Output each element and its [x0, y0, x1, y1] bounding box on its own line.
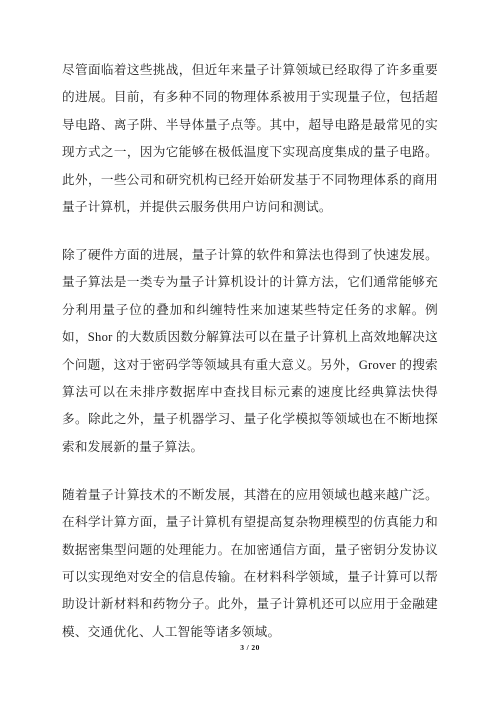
page-number: 3 / 20 — [0, 643, 500, 652]
paragraph-software-algorithms: 除了硬件方面的进展，量子计算的软件和算法也得到了快速发展。量子算法是一类专为量子… — [62, 242, 438, 461]
paragraph-applications: 随着量子计算技术的不断发展，其潜在的应用领域也越来越广泛。在科学计算方面，量子计… — [62, 482, 438, 646]
document-body: 尽管面临着这些挑战，但近年来量子计算领域已经取得了许多重要的进展。目前，有多种不… — [62, 57, 438, 646]
document-viewport: { "page": { "number_label": "3 / 20" }, … — [0, 0, 500, 708]
paragraph-hardware-progress: 尽管面临着这些挑战，但近年来量子计算领域已经取得了许多重要的进展。目前，有多种不… — [62, 57, 438, 221]
document-page: 尽管面临着这些挑战，但近年来量子计算领域已经取得了许多重要的进展。目前，有多种不… — [0, 0, 500, 708]
